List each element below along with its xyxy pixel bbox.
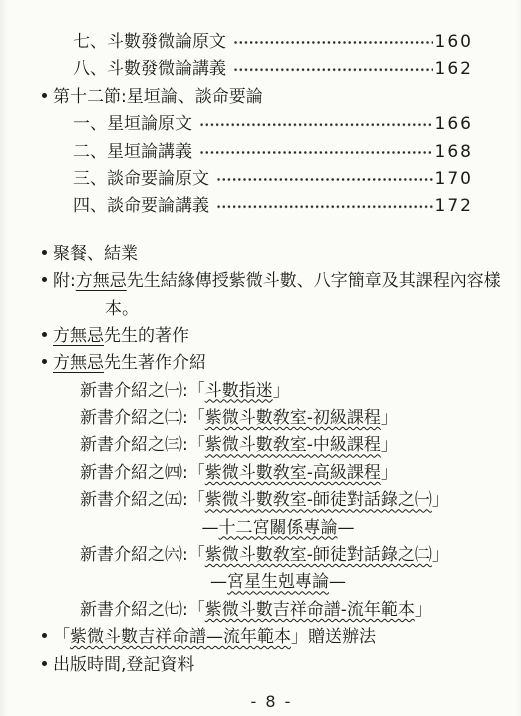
subtitle-text: 宮星生剋專論: [227, 572, 329, 592]
toc-entry: 四、談命要論講義 172: [73, 193, 473, 220]
book-intro-item-2: 新書介紹之㈡:「紫微斗數敎室-初級課程」: [80, 405, 521, 432]
toc-entry-page: 170: [435, 166, 473, 193]
toc-content: 七、斗數發微論原文 160 八、斗數發微論講義 162 第十二節:星垣論、談命要…: [0, 0, 521, 679]
book-intro-post: 」: [432, 490, 449, 510]
toc-entry: 二、星垣論講義 168: [73, 139, 473, 166]
book-intro-pre: 新書介紹之㈦:「: [80, 600, 205, 620]
dot-leader: [199, 139, 433, 166]
bullet-text-post: 先生著作介紹: [104, 353, 206, 373]
bullet-item-banquet: 聚餐、結業: [42, 241, 521, 268]
book-intro-item-6: 新書介紹之㈥:「紫微斗數敎室-師徒對話錄之㈡」: [80, 542, 521, 569]
author-name: 方無忌: [53, 326, 104, 346]
toc-entry-title: 二、星垣論講義: [73, 139, 192, 166]
book-title: 紫微斗數敎室-中級課程: [205, 435, 381, 455]
toc-entry: 八、斗數發微論講義 162: [73, 56, 473, 83]
bullet-item-works-intro: 方無忌先生著作介紹: [42, 350, 521, 377]
dot-leader: [233, 29, 433, 56]
book-intro-pre: 新書介紹之㈢:「: [80, 435, 205, 455]
author-name: 方無忌: [76, 271, 127, 291]
toc-entry-page: 172: [435, 193, 473, 220]
dot-leader: [233, 56, 433, 83]
book-title: 紫微斗數敎室-初級課程: [205, 408, 381, 428]
bullet-item-section-12: 第十二節:星垣論、談命要論: [42, 84, 521, 111]
toc-entry-title: 三、談命要論原文: [73, 166, 209, 193]
subtitle-dash: —: [329, 572, 346, 592]
book-intro-item-5: 新書介紹之㈤:「紫微斗數敎室-師徒對話錄之㈠」: [80, 487, 521, 514]
book-intro-pre: 新書介紹之㈣:「: [80, 463, 205, 483]
book-intro-item-4: 新書介紹之㈣:「紫微斗數敎室-高級課程」: [80, 460, 521, 487]
subtitle-dash: —: [202, 518, 219, 538]
bullet-icon: [42, 359, 47, 364]
book-intro-item-3: 新書介紹之㈢:「紫微斗數敎室-中級課程」: [80, 432, 521, 459]
toc-entry-title: 四、談命要論講義: [73, 193, 209, 220]
book-intro-post: 」: [432, 545, 449, 565]
toc-entry: 七、斗數發微論原文 160: [73, 29, 473, 56]
book-title: 紫微斗數敎室-高級課程: [205, 463, 381, 483]
bullet-text-pre: 附:: [53, 271, 76, 291]
book-title: 紫微斗數吉祥命譜—流年範本: [70, 627, 291, 647]
bullet-text-post: 」贈送辦法: [291, 627, 376, 647]
scanned-toc-page: 七、斗數發微論原文 160 八、斗數發微論講義 162 第十二節:星垣論、談命要…: [0, 0, 521, 716]
bullet-icon: [42, 633, 47, 638]
dot-leader: [216, 166, 433, 193]
bullet-text: 第十二節:星垣論、談命要論: [53, 87, 263, 107]
toc-entry-page: 160: [435, 29, 473, 56]
subtitle-text: 十二宮關係專論: [219, 518, 338, 538]
book-intro-pre: 新書介紹之㈤:「: [80, 490, 205, 510]
toc-entry-page: 168: [435, 139, 473, 166]
toc-entry-title: 八、斗數發微論講義: [73, 56, 226, 83]
page-number: - 8 -: [22, 692, 521, 711]
book-intro-post: 」: [381, 463, 398, 483]
bullet-item-appendix: 附:方無忌先生結緣傳授紫微斗數、八字簡章及其課程內容樣: [42, 268, 521, 295]
continuation-text: 本。: [105, 299, 139, 319]
bullet-icon: [42, 250, 47, 255]
book-intro-pre: 新書介紹之㈡:「: [80, 408, 205, 428]
bullet-item-gift-offer: 「紫微斗數吉祥命譜—流年範本」贈送辦法: [42, 624, 521, 651]
toc-entry-title: 七、斗數發微論原文: [73, 29, 226, 56]
bullet-icon: [42, 277, 47, 282]
toc-entry-page: 162: [435, 56, 473, 83]
bullet-text-post: 先生的著作: [104, 326, 189, 346]
book-title: 紫微斗數吉祥命譜-流年範本: [205, 600, 415, 620]
book-subtitle-2: —宮星生剋專論—: [78, 569, 478, 596]
book-intro-pre: 新書介紹之㈥:「: [80, 545, 205, 565]
book-intro-item-7: 新書介紹之㈦:「紫微斗數吉祥命譜-流年範本」: [80, 597, 521, 624]
bullet-item-author-works: 方無忌先生的著作: [42, 323, 521, 350]
book-title: 紫微斗數敎室-師徒對話錄之㈠: [205, 490, 432, 510]
bullet-icon: [42, 332, 47, 337]
author-name: 方無忌: [53, 353, 104, 373]
toc-entry-title: 一、星垣論原文: [73, 111, 192, 138]
book-subtitle-1: —十二宮關係專論—: [78, 515, 478, 542]
toc-entry: 一、星垣論原文 166: [73, 111, 473, 138]
book-intro-post: 」: [381, 435, 398, 455]
subtitle-dash: —: [338, 518, 355, 538]
bullet-text-pre: 「: [53, 627, 70, 647]
bullet-text: 聚餐、結業: [53, 244, 138, 264]
toc-entry: 三、談命要論原文 170: [73, 166, 473, 193]
toc-entry-page: 166: [435, 111, 473, 138]
book-intro-post: 」: [415, 600, 432, 620]
book-intro-post: 」: [273, 381, 290, 401]
book-title: 斗數指迷: [205, 381, 273, 401]
section-gap: [0, 221, 521, 241]
bullet-text: 出版時間,登記資料: [53, 655, 194, 675]
book-title: 紫微斗數敎室-師徒對話錄之㈡: [205, 545, 432, 565]
book-intro-item-1: 新書介紹之㈠:「斗數指迷」: [80, 378, 521, 405]
bullet-text-post: 先生結緣傳授紫微斗數、八字簡章及其課程內容樣: [127, 271, 501, 291]
subtitle-dash: —: [210, 572, 227, 592]
appendix-continuation: 本。: [105, 296, 521, 323]
book-intro-post: 」: [381, 408, 398, 428]
bullet-item-publication: 出版時間,登記資料: [42, 652, 521, 679]
dot-leader: [216, 193, 433, 220]
book-intro-pre: 新書介紹之㈠:「: [80, 381, 205, 401]
bullet-icon: [42, 661, 47, 666]
dot-leader: [199, 111, 433, 138]
bullet-icon: [42, 93, 47, 98]
